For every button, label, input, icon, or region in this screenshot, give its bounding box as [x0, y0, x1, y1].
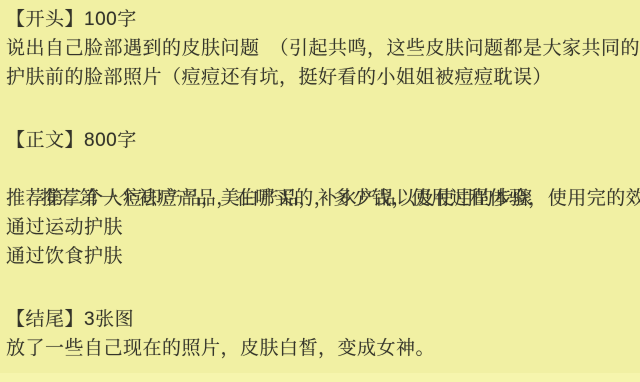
blank-line[interactable] [6, 92, 638, 126]
page-bottom-edge [0, 373, 640, 382]
text-line[interactable]: 护肤前的脸部照片（痘痘还有坑，挺好看的小姐姐被痘痘耽误） [6, 63, 638, 92]
section-heading-ending[interactable]: 【结尾】3张图 [6, 305, 638, 334]
text-line[interactable]: 通过运动护肤 [6, 213, 638, 242]
text-editor-area[interactable]: 【开头】100字 说出自己脸部遇到的皮肤问题 （引起共鸣，这些皮肤问题都是大家共… [6, 5, 638, 363]
blank-line[interactable] [6, 271, 638, 305]
text-line-with-caret[interactable]: 推荐第一个祛痘产品，在哪买的，多少钱，使用过程体验，使用完的效果 [6, 155, 638, 184]
section-heading-opening[interactable]: 【开头】100字 [6, 5, 638, 34]
document-page: 【开头】100字 说出自己脸部遇到的皮肤问题 （引起共鸣，这些皮肤问题都是大家共… [0, 0, 640, 382]
text-line[interactable]: 通过饮食护肤 [6, 242, 638, 271]
text-line[interactable]: 说出自己脸部遇到的皮肤问题 （引起共鸣，这些皮肤问题都是大家共同的烦恼） [6, 34, 638, 63]
section-heading-body[interactable]: 【正文】800字 [6, 126, 638, 155]
text-line[interactable]: 放了一些自己现在的照片，皮肤白皙，变成女神。 [6, 334, 638, 363]
